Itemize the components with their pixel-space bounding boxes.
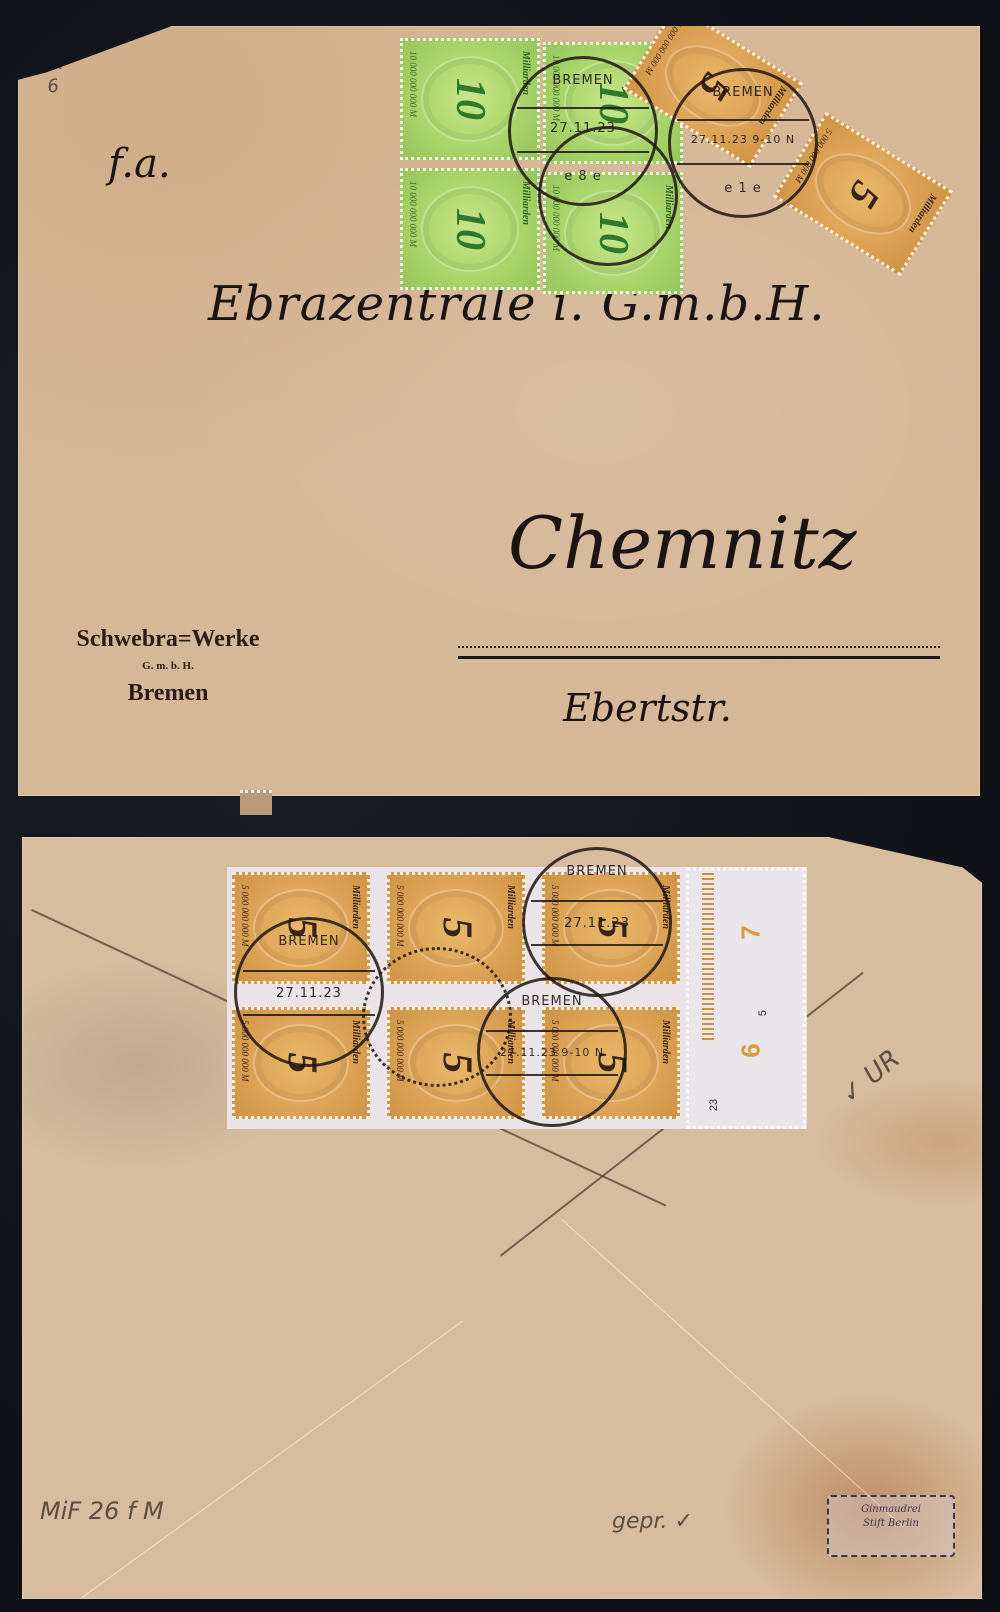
stamp-green-1: 10 000 000 000 M 10Milliarden bbox=[400, 38, 540, 160]
pencil-note-line2: 6 bbox=[40, 74, 68, 99]
selvage-number-upper: 7 bbox=[736, 925, 767, 939]
stamp-back-5: 5 000 000 000 M 5Milliarden bbox=[387, 1007, 525, 1119]
selvage-number-lower: 6 bbox=[736, 1043, 767, 1057]
sender-legal-form: G. m. b. H. bbox=[48, 660, 288, 672]
envelope-back: 5 000 000 000 M 5Milliarden 5 000 000 00… bbox=[22, 837, 982, 1599]
address-prefix: f.a. bbox=[108, 141, 171, 187]
stamp-back-3: 5 000 000 000 M 5Milliarden bbox=[542, 872, 680, 984]
address-underline bbox=[458, 656, 940, 659]
pencil-note-right: ✓ UR bbox=[835, 1044, 906, 1110]
selvage-ruler bbox=[702, 873, 714, 1043]
stamp-green-3: 10 000 000 000 M 10Milliarden bbox=[400, 168, 540, 290]
address-street: Ebertstr. bbox=[563, 686, 732, 730]
address-dotted-line bbox=[458, 646, 940, 648]
pencil-note-line1: Nr. bbox=[37, 52, 65, 77]
dealer-stamp-line1: Ginmaudrei bbox=[829, 1503, 953, 1517]
stamp-green-4: 10 000 000 000 M 10Milliarden bbox=[543, 172, 683, 294]
flap-line-lower-left bbox=[82, 1321, 463, 1598]
sender-city: Bremen bbox=[48, 680, 288, 707]
stamp-back-6: 5 000 000 000 M 5Milliarden bbox=[542, 1007, 680, 1119]
selvage-sheet-marker: 23 bbox=[708, 1099, 720, 1111]
stamp-orange-2: 5 000 000 000 M 5Milliarden bbox=[773, 112, 953, 276]
envelope-front: Nr. 6 f.a. Ebrazentrale i. G.m.b.H. Chem… bbox=[18, 26, 980, 796]
address-city: Chemnitz bbox=[508, 501, 857, 585]
stamp-back-4: 5 000 000 000 M 5Milliarden bbox=[232, 1007, 370, 1119]
pencil-note-number: Nr. 6 bbox=[37, 52, 68, 99]
pencil-note-catalog: MiF 26 f M bbox=[40, 1497, 164, 1525]
flap-line-lower-right bbox=[561, 1219, 904, 1528]
dealer-handstamp: Ginmaudrei Stift Berlin bbox=[827, 1495, 955, 1557]
stamp-back-1: 5 000 000 000 M 5Milliarden bbox=[232, 872, 370, 984]
sender-name: Schwebra=Werke bbox=[48, 626, 288, 653]
selvage-small-number: 5 bbox=[757, 1010, 769, 1016]
stamp-back-2: 5 000 000 000 M 5Milliarden bbox=[387, 872, 525, 984]
pencil-note-checked: gepr. ✓ bbox=[612, 1509, 693, 1534]
stamp-fragment bbox=[240, 790, 272, 815]
dealer-stamp-line2: Stift Berlin bbox=[829, 1517, 953, 1531]
